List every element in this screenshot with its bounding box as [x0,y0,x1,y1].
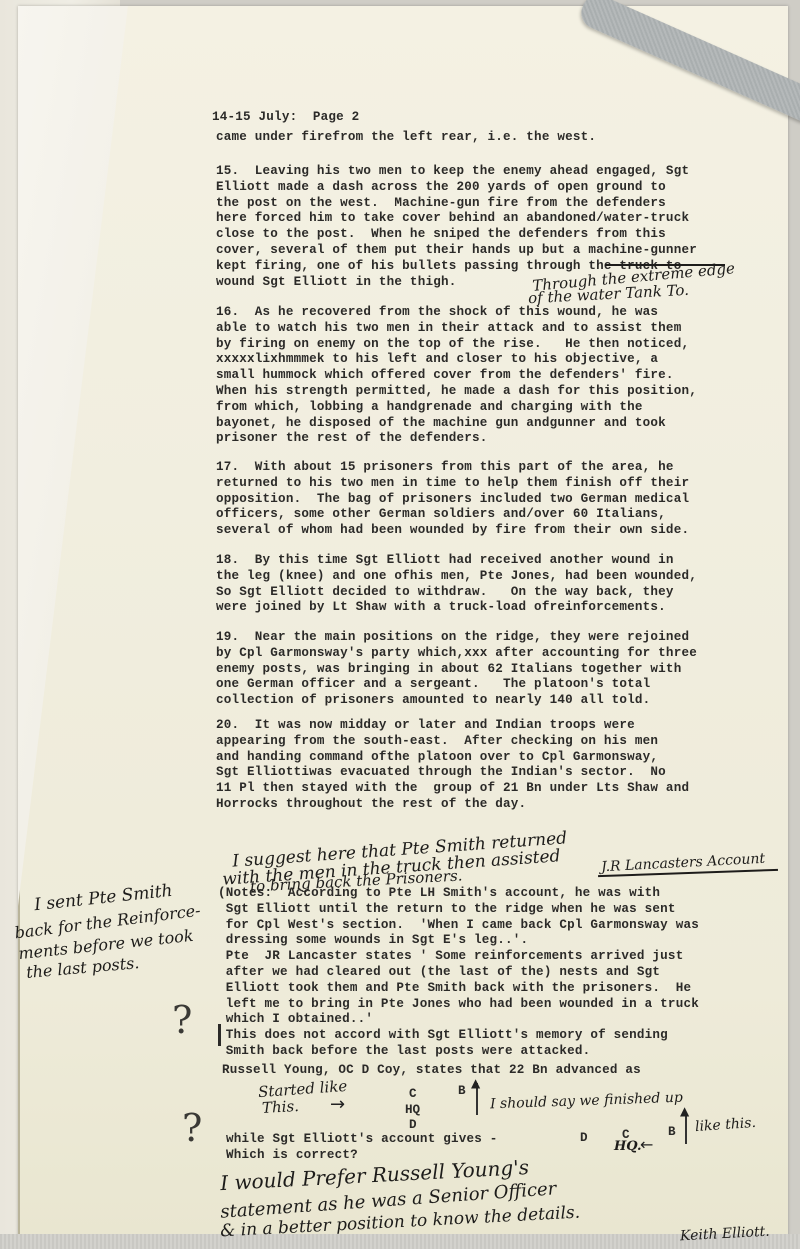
text-line: while Sgt Elliott's account gives - [226,1132,800,1148]
text-line: Russell Young, OC D Coy, states that 22 … [222,1063,800,1079]
text-line: able to watch his two men in their attac… [216,321,796,337]
text-line: bayonet, he disposed of the machine gun … [216,416,796,432]
text-line: 20. It was now midday or later and India… [216,718,796,734]
text-line: which I obtained..' [218,1012,798,1028]
diagram1-d: D [409,1118,417,1132]
text-line: Horrocks throughout the rest of the day. [216,797,796,813]
page-header: 14-15 July: Page 2 [212,110,792,126]
text-line: When his strength permitted, he made a d… [216,384,796,400]
text-line: the post on the west. Machine-gun fire f… [216,196,796,212]
russell-young-statement: Russell Young, OC D Coy, states that 22 … [222,1063,800,1079]
notes-paragraph: (Notes: According to Pte LH Smith's acco… [218,886,798,1060]
handwritten-hq-label: HQ. [614,1139,642,1154]
paragraph-16: 16. As he recovered from the shock of th… [216,305,796,447]
text-line: several of whom had been wounded by fire… [216,523,796,539]
text-line: xxxxxlixhmmmek to his left and closer to… [216,352,796,368]
paragraph-continuation: came under firefrom the left rear, i.e. … [216,130,796,146]
text-line: 17. With about 15 prisoners from this pa… [216,460,796,476]
text-line: appearing from the south-east. After che… [216,734,796,750]
text-line: Smith back before the last posts were at… [218,1044,798,1060]
text-line: after we had cleared out (the last of th… [218,965,798,981]
diagram1-arrow-head-icon: ▲ [471,1076,480,1090]
text-line: So Sgt Elliott decided to withdraw. On t… [216,585,796,601]
text-line: by Cpl Garmonsway's party which,xxx afte… [216,646,796,662]
text-line: small hummock which offered cover from t… [216,368,796,384]
paragraph-18: 18. By this time Sgt Elliott had receive… [216,553,796,616]
text-line: Sgt Elliottiwas evacuated through the In… [216,765,796,781]
text-line: and handing command ofthe platoon over t… [216,750,796,766]
text-line: 16. As he recovered from the shock of th… [216,305,796,321]
text-line: one German officer and a sergeant. The p… [216,677,796,693]
left-arrow-icon: ← [640,1135,653,1154]
text-line: opposition. The bag of prisoners include… [216,492,796,508]
text-line: by firing on enemy on the top of the ris… [216,337,796,353]
paragraph-19: 19. Near the main positions on the ridge… [216,630,796,709]
text-line: for Cpl West's section. 'When I came bac… [218,918,798,934]
text-line: dressing some wounds in Sgt E's leg..'. [218,933,798,949]
text-line: were joined by Lt Shaw with a truck-load… [216,600,796,616]
text-line: here forced him to take cover behind an … [216,211,796,227]
text-line: enemy posts, was bringing in about 62 It… [216,662,796,678]
text-line: Sgt Elliott until the return to the ridg… [218,902,798,918]
text-line: from which, lobbing a handgrenade and ch… [216,400,796,416]
text-line: 15. Leaving his two men to keep the enem… [216,164,796,180]
handwritten-this: This. [262,1097,300,1117]
text-line: Elliott took them and Pte Smith back wit… [218,981,798,997]
diagram2-arrow-head-icon: ▲ [680,1104,689,1118]
text-line: collection of prisoners amounted to near… [216,693,796,709]
folded-corner [18,6,128,906]
text-line: came under firefrom the left rear, i.e. … [216,130,796,146]
text-line: Elliott made a dash across the 200 yards… [216,180,796,196]
diagram2-d: D [580,1131,588,1145]
text-line: close to the post. When he sniped the de… [216,227,796,243]
question-mark-2: ? [182,1106,202,1150]
text-line: returned to his two men in time to help … [216,476,796,492]
margin-bar-mark [218,1024,221,1046]
text-line: 18. By this time Sgt Elliott had receive… [216,553,796,569]
text-line: Pte JR Lancaster states ' Some reinforce… [218,949,798,965]
diagram1-c: C [409,1087,417,1101]
text-line: prisoner the rest of the defenders. [216,431,796,447]
text-line: cover, several of them put their hands u… [216,243,796,259]
text-line: officers, some other German soldiers and… [216,507,796,523]
text-line: the leg (knee) and one ofhis men, Pte Jo… [216,569,796,585]
text-line: left me to bring in Pte Jones who had be… [218,997,798,1013]
question-mark-1: ? [172,998,192,1042]
paragraph-20: 20. It was now midday or later and India… [216,718,796,813]
text-line: 11 Pl then stayed with the group of 21 B… [216,781,796,797]
diagram2-b: B [668,1125,676,1139]
paragraph-17: 17. With about 15 prisoners from this pa… [216,460,796,539]
right-arrow-icon: → [330,1094,345,1115]
text-line: This does not accord with Sgt Elliott's … [218,1028,798,1044]
diagram1-hq: HQ [405,1103,420,1117]
text-line: 19. Near the main positions on the ridge… [216,630,796,646]
diagram1-b: B [458,1084,466,1098]
